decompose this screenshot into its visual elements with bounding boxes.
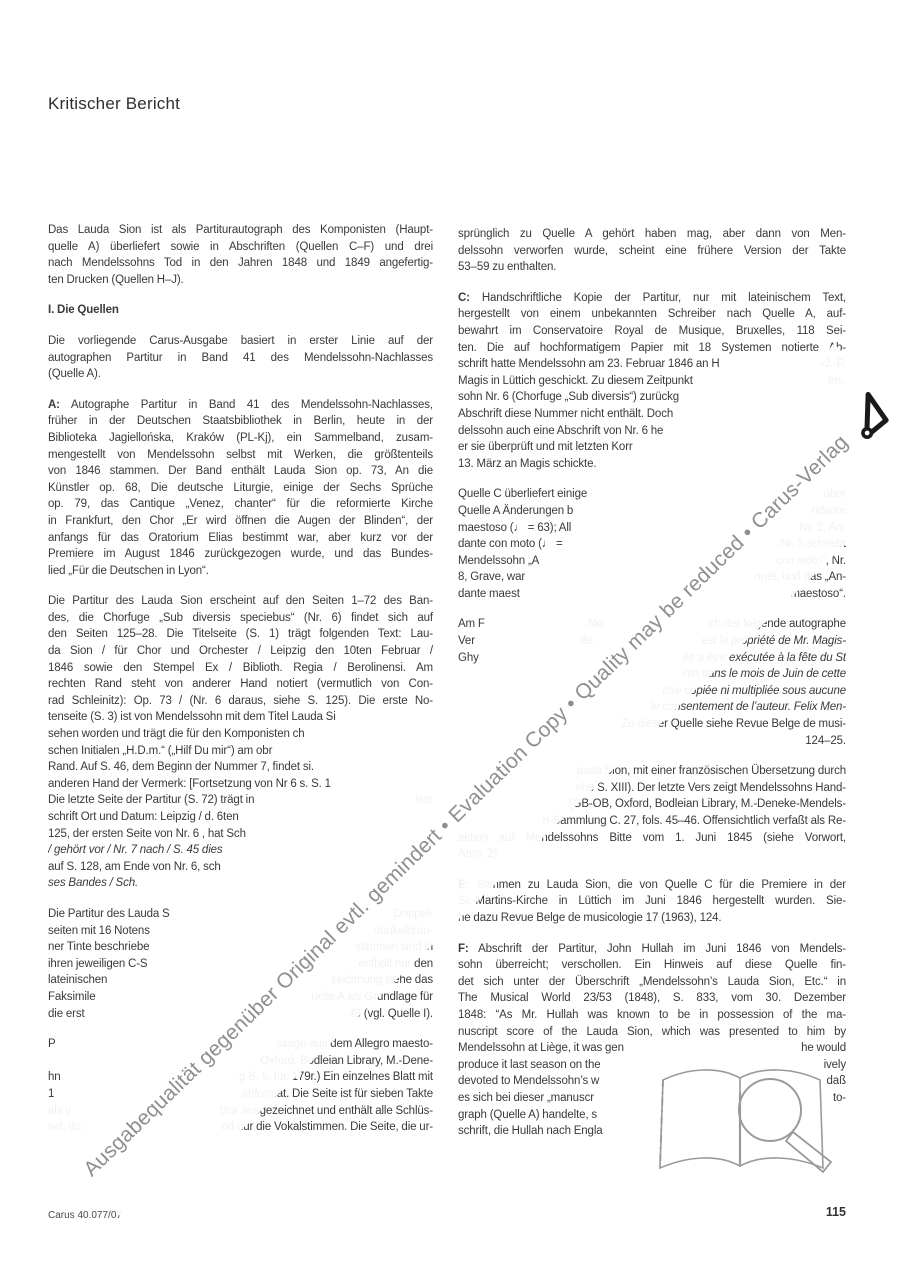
text-line: früher in der Deutschen Staatsbibliothek… [48,413,433,430]
text-line: schen Initialen „H.D.m.“ („Hilf Du mir“)… [48,743,433,760]
text-line: (Quelle A). [48,366,433,383]
text-line: A: Autographe Partitur in Band 41 des Me… [48,397,433,414]
text-line: I. Die Quellen [48,302,433,319]
paragraph: sprünglich zu Quelle A gehört haben mag,… [458,226,846,276]
text-line: in Frankfurt, den Chor „Er wird öffnen d… [48,513,433,530]
scanned-document-page: Kritischer Bericht Das Lauda Sion ist al… [0,0,900,1268]
text-line: C: Handschriftliche Kopie der Partitur, … [458,290,846,307]
paragraph: E: Stimmen zu Lauda Sion, die von Quelle… [458,877,846,927]
text-line: F: Abschrift der Partitur, John Hullah i… [458,941,846,958]
text-line: rechten Rand steht von anderer Hand noti… [48,676,433,693]
text-line: delssohn verworfen wurde, scheint eine f… [458,243,846,260]
paragraph: Die vorliegende Carus-Ausgabe basiert in… [48,333,433,383]
text-line: St.-Martins-Kirche in Lüttich im Juni 18… [458,893,846,910]
text-line: ten Drucken (Quellen H–J). [48,272,433,289]
text-line: nach Mendelssohns Tod in den Jahren 1848… [48,255,433,272]
open-book-magnifier-icon [648,1062,848,1192]
text-line: Premiere im August 1846 zurückgezogen wu… [48,546,433,563]
text-line: quelle A) überliefert sowie in Abschrift… [48,239,433,256]
paragraph: A: Autographe Partitur in Band 41 des Me… [48,397,433,580]
text-line: Die vorliegende Carus-Ausgabe basiert in… [48,333,433,350]
text-line: mengestellt von Mendelssohn selbst mit W… [48,447,433,464]
text-line: da Sion / für Chor und Orchester / Leipz… [48,643,433,660]
text-line: lied „Für die Deutschen in Lyon“. [48,563,433,580]
text-line: op. 79, das Cantique „Venez, chanter“ fü… [48,496,433,513]
carus-verlag-logo-icon [839,389,896,446]
text-line: den Seiten 125–28. Die Titelseite (S. 1)… [48,626,433,643]
text-line: hergestellt von einem unbekannten Schrei… [458,306,846,323]
text-line: des, die Chorfuge „Sub diversis speciebu… [48,610,433,627]
text-line: anfangs für das Oratorium Elias bestimmt… [48,530,433,547]
text-line: he dazu Revue Belge de musicologie 17 (1… [458,910,846,927]
footer-edition-number: Carus 40.077/07 [48,1210,122,1221]
text-line: Künstler op. 68, Die deutsche Liturgie, … [48,480,433,497]
text-line: ten. Die auf hochformatigem Papier mit 1… [458,340,846,357]
text-line: bewahrt im Conservatoire Royal de Musiqu… [458,323,846,340]
text-line: The Musical World 23/53 (1848), S. 833, … [458,990,846,1007]
text-line: 1848: “As Mr. Hullah was known to be in … [458,1007,846,1024]
text-line: Mendelssohn at Liège, it was genhe would [458,1040,846,1057]
text-line: det sich unter der Überschrift „Mendelss… [458,974,846,991]
text-line: Biblioteka Jagiellońska, Kraków (PL-Kj),… [48,430,433,447]
text-line: tenseite (S. 3) ist von Mendelssohn mit … [48,709,433,726]
text-line: sehen worden und trägt die für den Kompo… [48,726,433,743]
text-line: sprünglich zu Quelle A gehört haben mag,… [458,226,846,243]
text-line: von 1846 stammen. Der Band enthält Lauda… [48,463,433,480]
page-number: 115 [746,1205,846,1219]
page-title: Kritischer Bericht [48,94,180,114]
text-line: Rand. Auf S. 46, dem Beginn der Nummer 7… [48,759,433,776]
text-line: Das Lauda Sion ist als Partiturautograph… [48,222,433,239]
paragraph: Das Lauda Sion ist als Partiturautograph… [48,222,433,288]
text-line: 53–59 zu enthalten. [458,259,846,276]
text-line: Die Partitur des Lauda Sion erscheint au… [48,593,433,610]
text-line: autographen Partitur in Band 41 des Mend… [48,350,433,367]
text-line: schrift hatte Mendelssohn am 23. Februar… [458,356,846,373]
text-line: rad Schleinitz): Op. 73 / (Nr. 6 daraus,… [48,693,433,710]
text-line: 1846 sowie den Stempel Ex / Biblioth. Re… [48,660,433,677]
section-heading: I. Die Quellen [48,302,433,319]
text-line: sohn überreicht; verschollen. Ein Hinwei… [458,957,846,974]
text-line: nuscript score of the Lauda Sion, which … [458,1024,846,1041]
text-line: E: Stimmen zu Lauda Sion, die von Quelle… [458,877,846,894]
